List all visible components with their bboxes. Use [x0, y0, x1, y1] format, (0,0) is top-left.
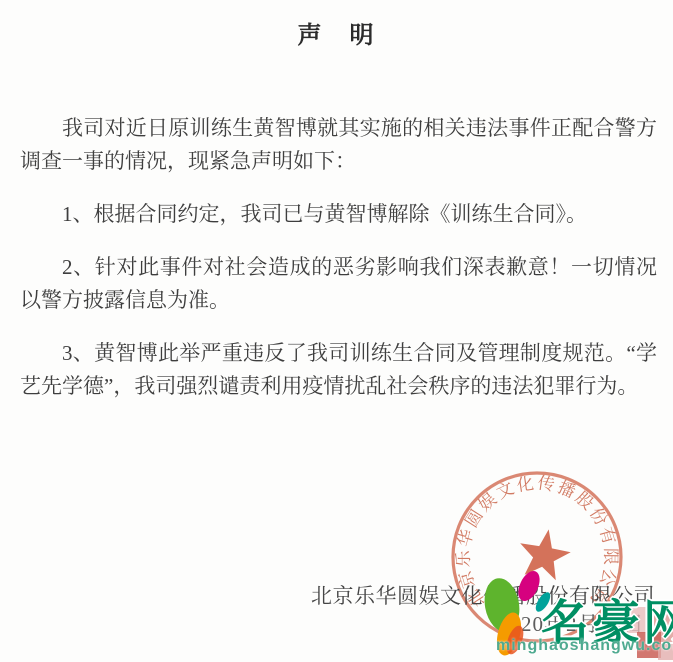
statement-clause-1: 1、根据合同约定，我司已与黄智博解除《训练生合同》。	[20, 198, 657, 231]
watermark-site-url: minghaoshangwu.com	[496, 637, 673, 655]
statement-clause-3: 3、黄智博此举严重违反了我司训练生合同及管理制度规范。“学艺先学德”，我司强烈谴…	[20, 337, 657, 403]
statement-body: 我司对近日原训练生黄智博就其实施的相关违法事件正配合警方调查一事的情况，现紧急声…	[20, 112, 657, 403]
statement-intro-paragraph: 我司对近日原训练生黄智博就其实施的相关违法事件正配合警方调查一事的情况，现紧急声…	[20, 112, 657, 178]
statement-clause-2: 2、针对此事件对社会造成的恶劣影响我们深表歉意！一切情况以警方披露信息为准。	[20, 251, 657, 317]
statement-document: 声 明 我司对近日原训练生黄智博就其实施的相关违法事件正配合警方调查一事的情况，…	[0, 0, 673, 662]
statement-title: 声 明	[0, 0, 673, 50]
